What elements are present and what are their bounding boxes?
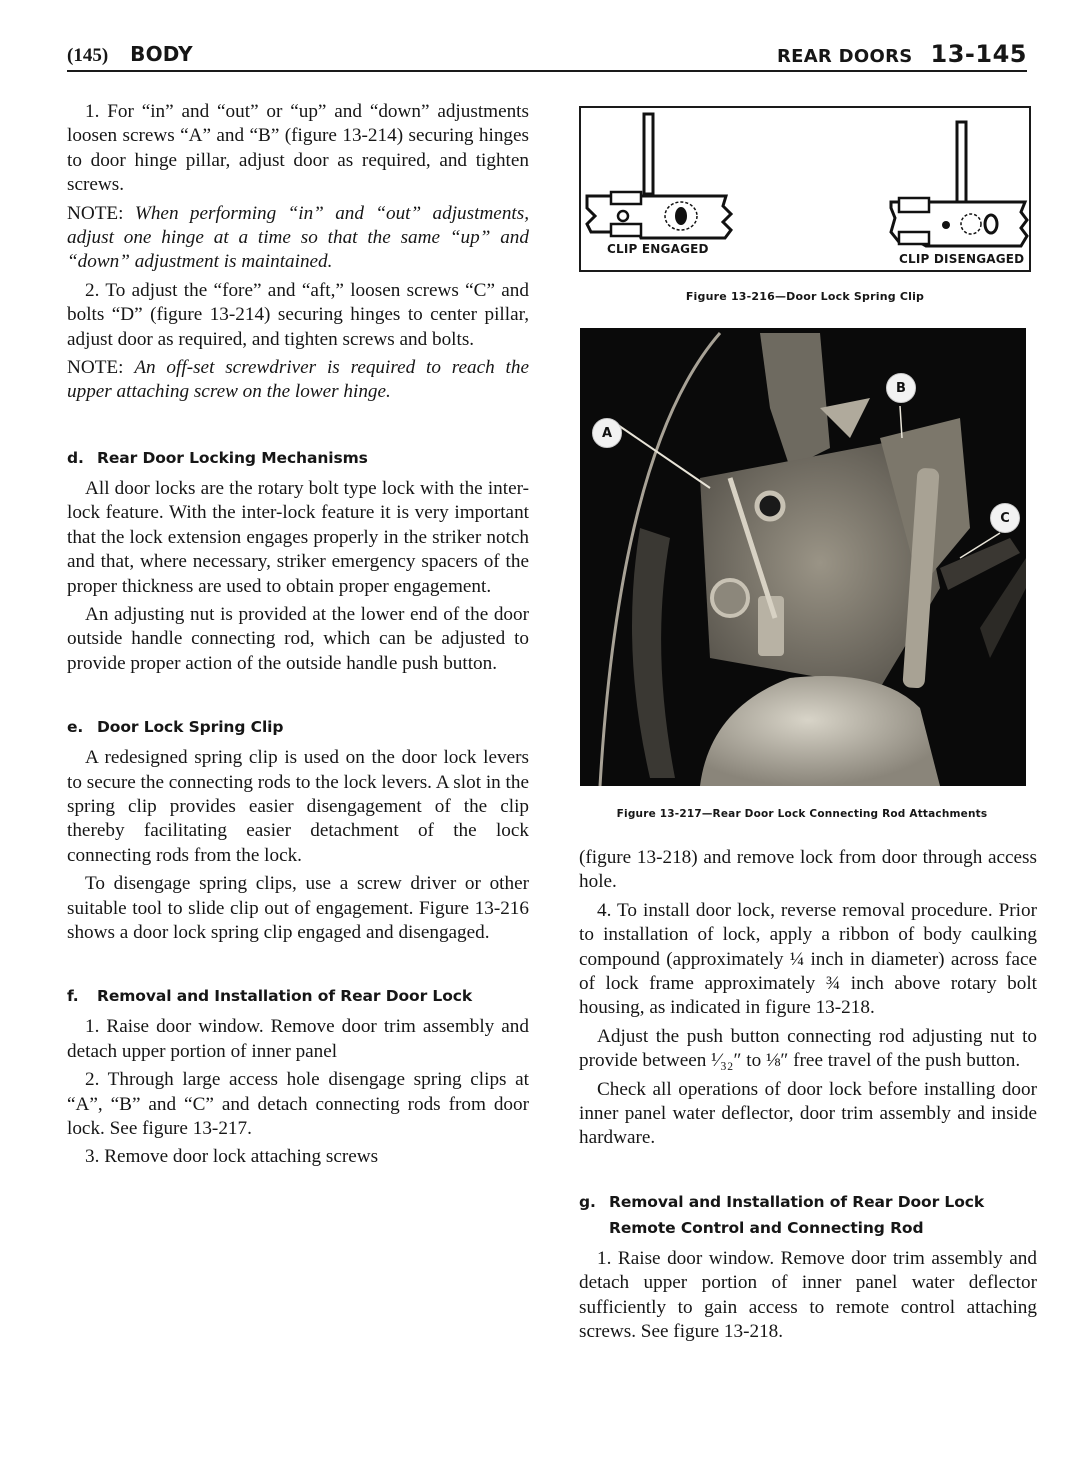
- note-label: NOTE:: [67, 203, 124, 224]
- section-letter: e.: [67, 714, 97, 740]
- paragraph: Adjust the push button connecting rod ad…: [579, 1025, 1037, 1074]
- paragraph: A redesigned spring clip is used on the …: [67, 746, 529, 868]
- paragraph: 1. Raise door window. Remove door trim a…: [67, 1015, 529, 1064]
- page-header: (145) BODY REAR DOORS 13-145: [67, 36, 1027, 72]
- section-heading-e: e.Door Lock Spring Clip: [67, 714, 529, 740]
- section-title-text: Removal and Installation of Rear Door Lo…: [97, 987, 472, 1005]
- section-title: BODY: [130, 42, 193, 66]
- step-1-hinge-adjust: 1. For “in” and “out” or “up” and “down”…: [67, 100, 529, 198]
- callout-b: B: [886, 373, 916, 403]
- section-letter: g.: [579, 1189, 609, 1215]
- section-heading-f: f.Removal and Installation of Rear Door …: [67, 983, 529, 1009]
- section-title-text: Door Lock Spring Clip: [97, 718, 283, 736]
- paragraph: All door locks are the rotary bolt type …: [67, 477, 529, 599]
- paragraph: (figure 13-218) and remove lock from doo…: [579, 846, 1037, 895]
- chapter-title: REAR DOORS: [777, 46, 913, 67]
- callout-c: C: [990, 503, 1020, 533]
- paragraph: Check all operations of door lock before…: [579, 1078, 1037, 1151]
- paragraph: 3. Remove door lock attaching screws: [67, 1145, 529, 1169]
- door-lock-mechanism-photo-icon: [580, 328, 1026, 786]
- figure-13-216-caption: Figure 13-216—Door Lock Spring Clip: [579, 290, 1031, 303]
- label-clip-disengaged: CLIP DISENGAGED: [899, 252, 1024, 266]
- note-text: An off-set screwdriver is required to re…: [67, 357, 529, 402]
- section-letter: d.: [67, 445, 97, 471]
- paragraph: 2. Through large access hole disengage s…: [67, 1068, 529, 1141]
- page-number: (145): [67, 45, 108, 67]
- section-title-text: Removal and Installation of Rear Door Lo…: [609, 1193, 984, 1237]
- note-2: NOTE: An off-set screwdriver is required…: [67, 356, 529, 405]
- section-letter: f.: [67, 983, 97, 1009]
- note-label: NOTE:: [67, 357, 124, 378]
- figure-13-217-photo: A B C: [580, 328, 1026, 786]
- right-column: (figure 13-218) and remove lock from doo…: [579, 846, 1037, 1345]
- section-heading-d: d.Rear Door Locking Mechanisms: [67, 445, 529, 471]
- note-text: When performing “in” and “out” adjustmen…: [67, 203, 529, 273]
- paragraph: To disengage spring clips, use a screw d…: [67, 872, 529, 945]
- step-2-fore-aft-adjust: 2. To adjust the “fore” and “aft,” loose…: [67, 279, 529, 352]
- callout-a: A: [592, 418, 622, 448]
- section-title-text: Rear Door Locking Mechanisms: [97, 449, 368, 467]
- label-clip-engaged: CLIP ENGAGED: [607, 242, 709, 256]
- step-4-install-lock: 4. To install door lock, reverse removal…: [579, 899, 1037, 1021]
- note-1: NOTE: When performing “in” and “out” adj…: [67, 202, 529, 275]
- paragraph: 1. Raise door window. Remove door trim a…: [579, 1247, 1037, 1345]
- left-column: 1. For “in” and “out” or “up” and “down”…: [67, 100, 529, 1170]
- section-heading-g: g.Removal and Installation of Rear Door …: [579, 1189, 1037, 1241]
- page-code: 13-145: [931, 40, 1027, 68]
- figure-13-216-spring-clip: CLIP ENGAGED CLIP DISENGAGED: [579, 106, 1031, 272]
- paragraph: An adjusting nut is provided at the lowe…: [67, 603, 529, 676]
- figure-13-217-caption: Figure 13-217—Rear Door Lock Connecting …: [579, 808, 1025, 820]
